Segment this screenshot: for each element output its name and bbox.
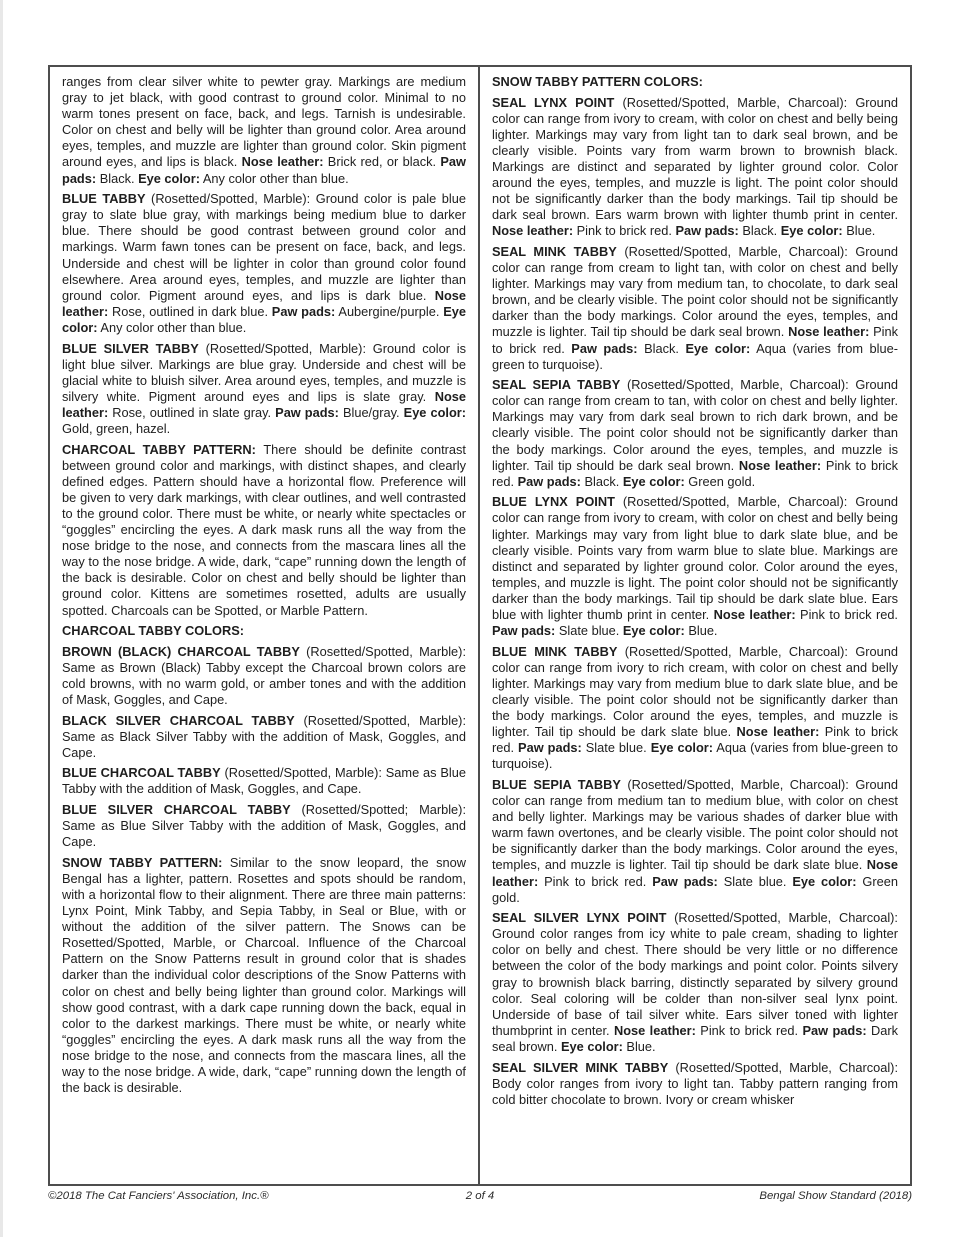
body-text: Blue. [685, 623, 718, 638]
bold-label: SEAL SILVER MINK TABBY [492, 1060, 668, 1075]
bold-label: Eye color: [792, 874, 856, 889]
bold-label: BLUE SILVER CHARCOAL TABBY [62, 802, 291, 817]
bold-label: BLUE MINK TABBY [492, 644, 617, 659]
body-text: Pink to brick red. [573, 223, 675, 238]
body-text: Aubergine/purple. [335, 304, 443, 319]
footer-page-number: 2 of 4 [466, 1190, 495, 1202]
page-footer: ©2018 The Cat Fanciers' Association, Inc… [48, 1190, 912, 1202]
bold-label: Nose leather: [492, 223, 573, 238]
bold-label: BROWN (BLACK) CHARCOAL TABBY [62, 644, 300, 659]
snow-tabby-pattern: SNOW TABBY PATTERN: Similar to the snow … [62, 855, 466, 1096]
scan-edge-artifact [0, 0, 3, 1237]
bold-label: Eye color: [561, 1039, 623, 1054]
seal-sepia-tabby: SEAL SEPIA TABBY (Rosetted/Spotted, Marb… [492, 377, 898, 490]
bold-label: Paw pads: [571, 341, 637, 356]
body-text: Any color other than blue. [98, 320, 247, 335]
body-text: Any color other than blue. [200, 171, 349, 186]
body-text: Slate blue. [582, 740, 651, 755]
bold-label: Paw pads: [652, 874, 718, 889]
body-text: Black. [581, 474, 623, 489]
bold-label: BLUE SILVER TABBY [62, 341, 199, 356]
body-text: (Rosetted/Spotted, Marble, Charcoal): Gr… [492, 494, 898, 622]
left-column: ranges from clear silver white to pewter… [50, 67, 480, 1184]
body-text: (Rosetted/Spotted, Marble, Charcoal): Gr… [492, 95, 898, 223]
seal-mink-tabby: SEAL MINK TABBY (Rosetted/Spotted, Marbl… [492, 244, 898, 373]
bold-label: SNOW TABBY PATTERN COLORS: [492, 74, 703, 89]
bold-label: BLUE LYNX POINT [492, 494, 615, 509]
bold-label: Nose leather: [614, 1023, 696, 1038]
bold-label: Eye color: [685, 341, 750, 356]
body-text: Black. [638, 341, 686, 356]
snow-tabby-pattern-colors-heading: SNOW TABBY PATTERN COLORS: [492, 74, 898, 90]
bold-label: Paw pads: [676, 223, 739, 238]
bold-label: Nose leather: [242, 154, 324, 169]
bold-label: Nose leather: [739, 458, 821, 473]
bold-label: BLUE SEPIA TABBY [492, 777, 621, 792]
charcoal-tabby-colors-heading: CHARCOAL TABBY COLORS: [62, 623, 466, 639]
seal-silver-mink-tabby: SEAL SILVER MINK TABBY (Rosetted/Spotted… [492, 1060, 898, 1108]
bold-label: Eye color: [781, 223, 843, 238]
footer-copyright: ©2018 The Cat Fanciers' Association, Inc… [48, 1190, 466, 1202]
body-text: Pink to brick red. [696, 1023, 803, 1038]
body-text: Pink to brick red. [538, 874, 652, 889]
bold-label: Paw pads: [518, 740, 582, 755]
body-text: There should be definite contrast betwee… [62, 442, 466, 618]
bold-label: CHARCOAL TABBY COLORS: [62, 623, 244, 638]
blue-tabby: BLUE TABBY (Rosetted/Spotted, Marble): G… [62, 191, 466, 336]
silver-tabby-continued: ranges from clear silver white to pewter… [62, 74, 466, 187]
bold-label: BLUE CHARCOAL TABBY [62, 765, 221, 780]
bold-label: CHARCOAL TABBY PATTERN: [62, 442, 256, 457]
bold-label: Eye color: [404, 405, 466, 420]
body-text: Gold, green, hazel. [62, 421, 170, 436]
body-text: Blue. [623, 1039, 656, 1054]
bold-label: Nose leather: [788, 324, 869, 339]
body-text: Blue/gray. [339, 405, 404, 420]
blue-silver-charcoal-tabby: BLUE SILVER CHARCOAL TABBY (Rosetted/Spo… [62, 802, 466, 850]
blue-mink-tabby: BLUE MINK TABBY (Rosetted/Spotted, Marbl… [492, 644, 898, 773]
charcoal-tabby-pattern: CHARCOAL TABBY PATTERN: There should be … [62, 442, 466, 619]
bold-label: SEAL SEPIA TABBY [492, 377, 620, 392]
bold-label: Paw pads: [802, 1023, 866, 1038]
bold-label: Eye color: [623, 623, 685, 638]
blue-charcoal-tabby: BLUE CHARCOAL TABBY (Rosetted/Spotted, M… [62, 765, 466, 797]
body-text: Black. [739, 223, 781, 238]
blue-sepia-tabby: BLUE SEPIA TABBY (Rosetted/Spotted, Marb… [492, 777, 898, 906]
bold-label: SEAL LYNX POINT [492, 95, 614, 110]
seal-silver-lynx-point: SEAL SILVER LYNX POINT (Rosetted/Spotted… [492, 910, 898, 1055]
body-text: Slate blue. [555, 623, 623, 638]
right-column: SNOW TABBY PATTERN COLORS:SEAL LYNX POIN… [480, 67, 910, 1184]
bold-label: Eye color: [651, 740, 713, 755]
seal-lynx-point: SEAL LYNX POINT (Rosetted/Spotted, Marbl… [492, 95, 898, 240]
body-text: Similar to the snow leopard, the snow Be… [62, 855, 466, 1095]
bold-label: Paw pads: [272, 304, 336, 319]
body-text: Rose, outlined in dark blue. [108, 304, 272, 319]
bold-label: SNOW TABBY PATTERN: [62, 855, 222, 870]
black-silver-charcoal-tabby: BLACK SILVER CHARCOAL TABBY (Rosetted/Sp… [62, 713, 466, 761]
body-text: Green gold. [685, 474, 755, 489]
body-text: (Rosetted/Spotted, Marble, Charcoal): Gr… [492, 910, 898, 1038]
bold-label: SEAL MINK TABBY [492, 244, 617, 259]
bold-label: Eye color: [623, 474, 685, 489]
brown-black-charcoal-tabby: BROWN (BLACK) CHARCOAL TABBY (Rosetted/S… [62, 644, 466, 708]
bold-label: Eye color: [138, 171, 200, 186]
footer-document-title: Bengal Show Standard (2018) [494, 1190, 912, 1202]
blue-silver-tabby: BLUE SILVER TABBY (Rosetted/Spotted, Mar… [62, 341, 466, 438]
body-text: Blue. [843, 223, 876, 238]
body-text: Brick red, or black. [323, 154, 440, 169]
blue-lynx-point: BLUE LYNX POINT (Rosetted/Spotted, Marbl… [492, 494, 898, 639]
body-text: Pink to brick red. [796, 607, 898, 622]
body-text: Black. [96, 171, 138, 186]
bold-label: Paw pads: [518, 474, 581, 489]
bold-label: Nose leather: [714, 607, 796, 622]
body-text: Rose, outlined in slate gray. [108, 405, 275, 420]
bold-label: SEAL SILVER LYNX POINT [492, 910, 666, 925]
bold-label: Nose leather: [737, 724, 820, 739]
body-text: Slate blue. [718, 874, 793, 889]
body-text: (Rosetted/Spotted, Marble): Ground color… [62, 191, 466, 303]
bold-label: Paw pads: [492, 623, 555, 638]
bold-label: BLACK SILVER CHARCOAL TABBY [62, 713, 295, 728]
bold-label: BLUE TABBY [62, 191, 146, 206]
bold-label: Paw pads: [275, 405, 339, 420]
document-text-box: ranges from clear silver white to pewter… [48, 65, 912, 1186]
